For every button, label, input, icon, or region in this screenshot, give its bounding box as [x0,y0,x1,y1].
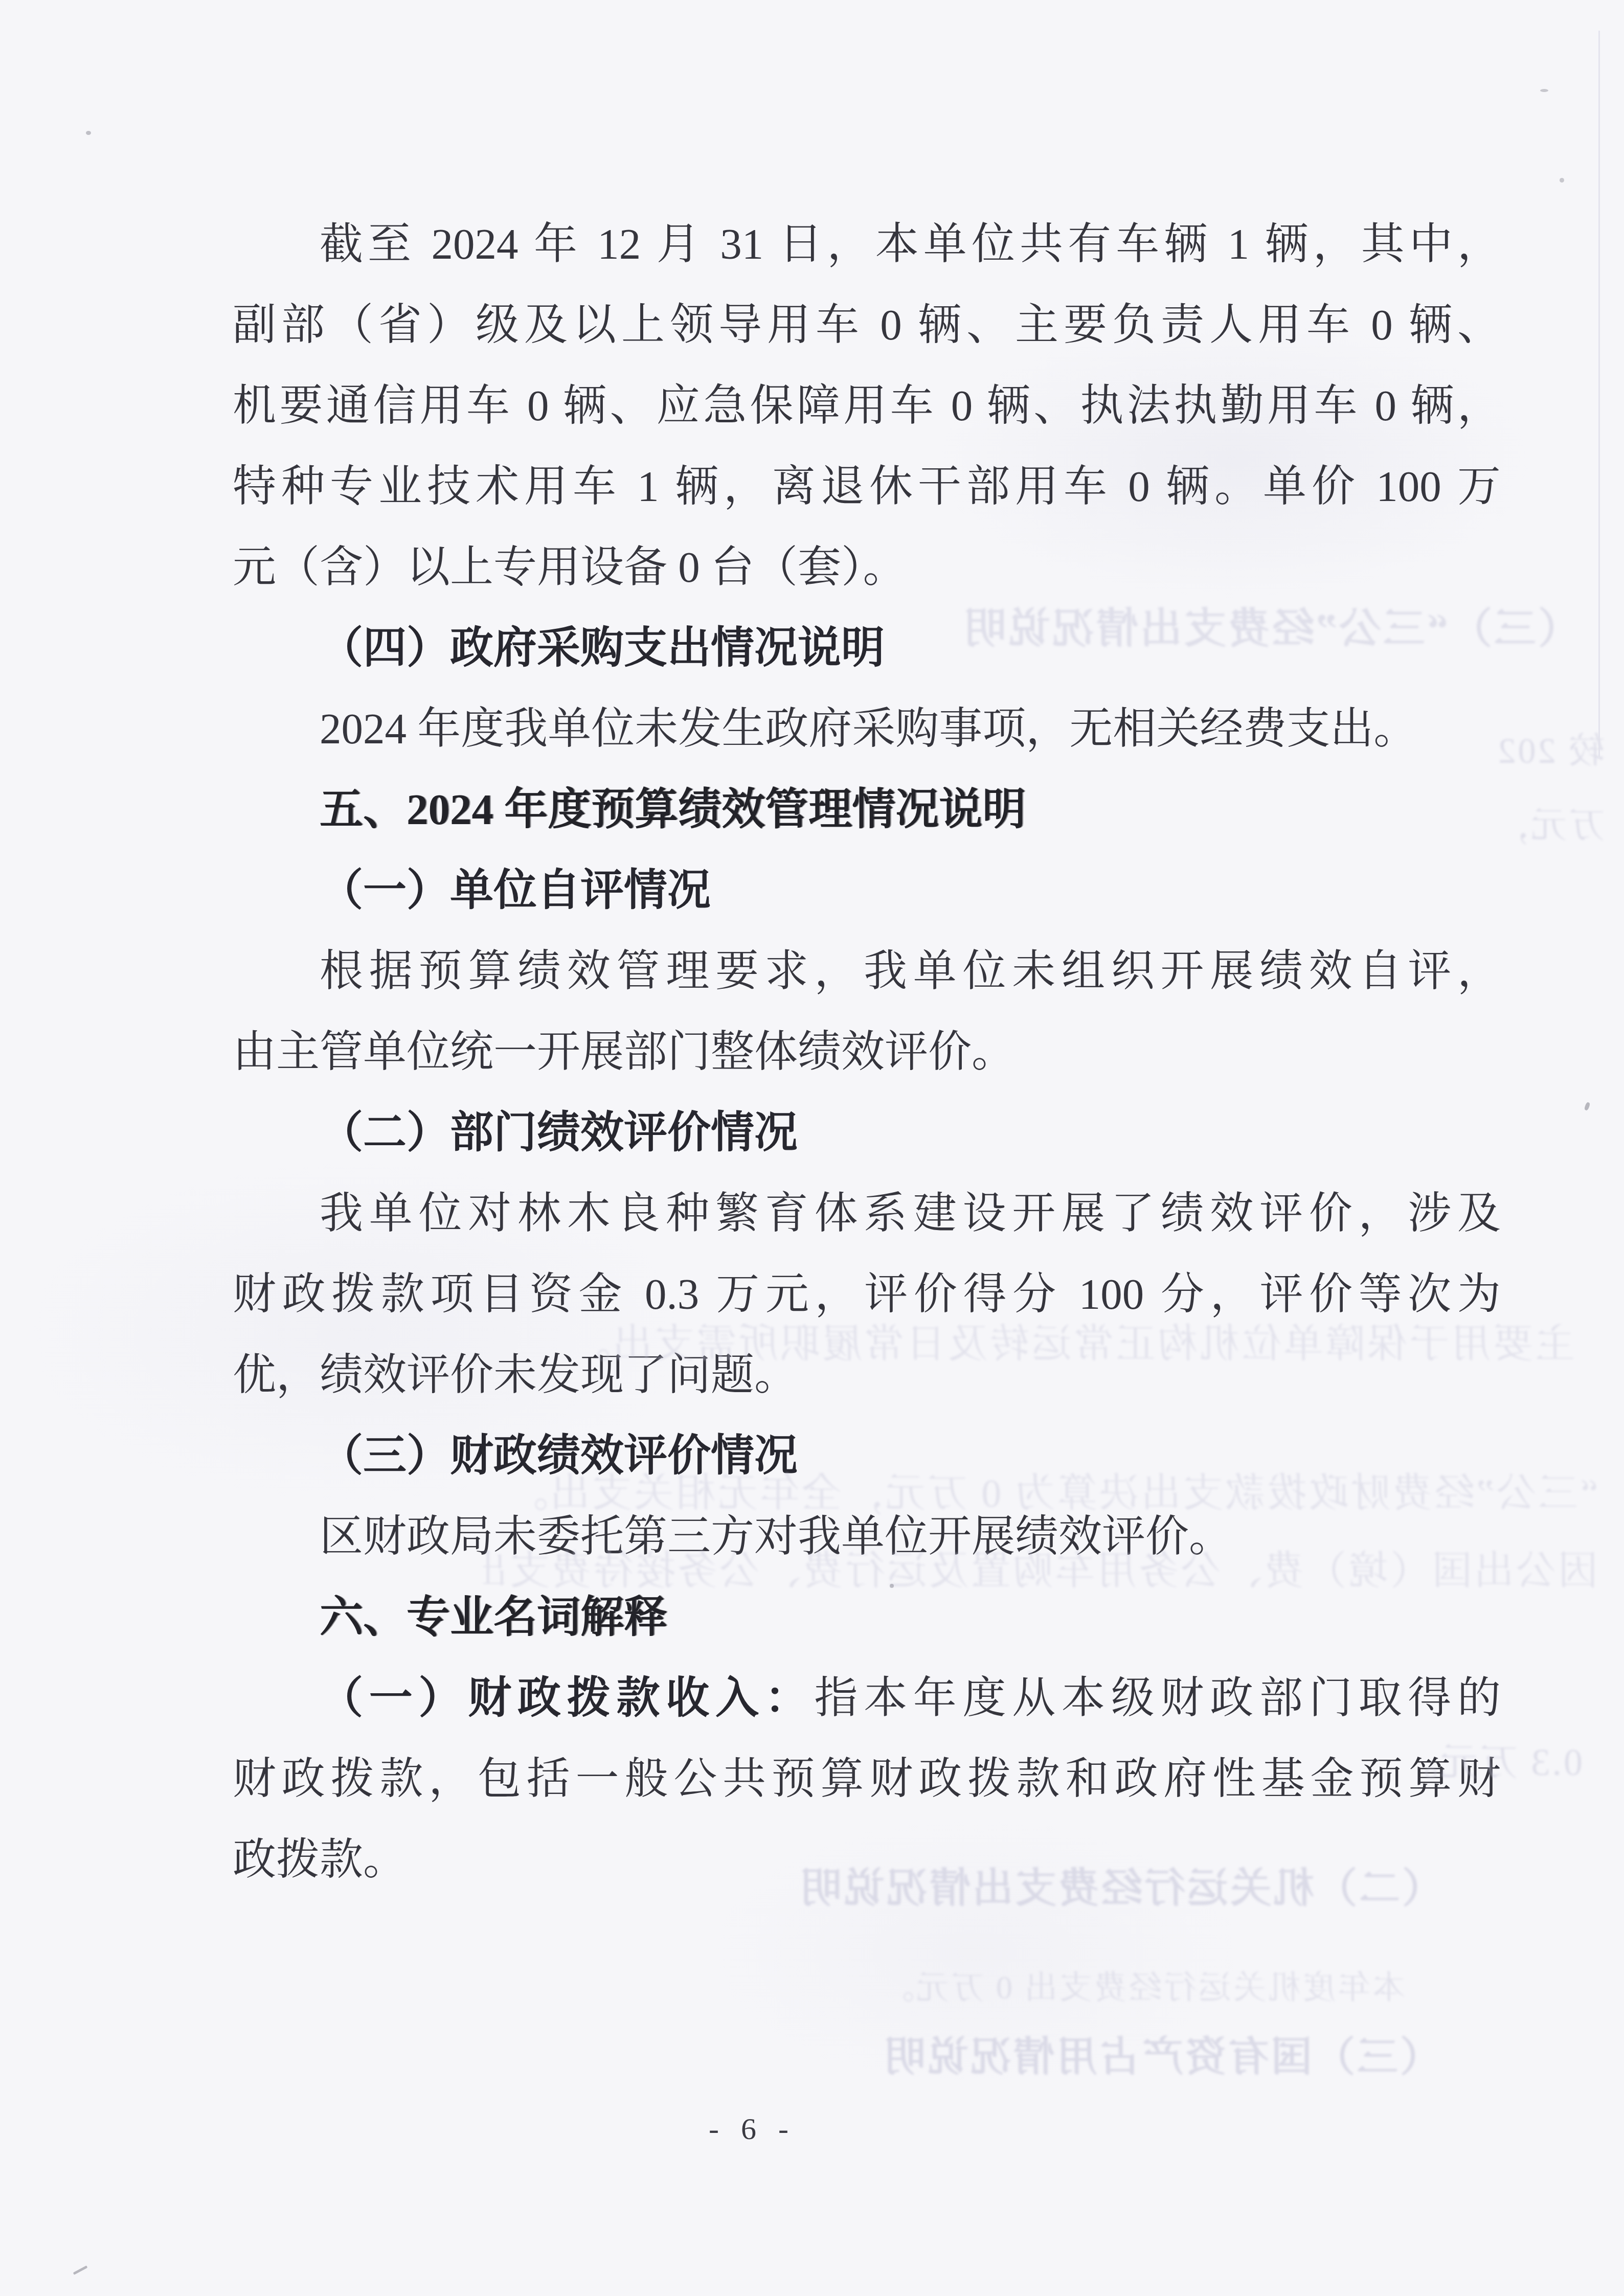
bleedthrough-text: （三）国有资产占用情况说明 [730,2024,1441,2082]
bleedthrough-text: 主要用于保障单位机构正常运转及日常履职所需支出。 [578,1312,1575,1369]
text-line: 副部（省）级及以上领导用车 0 辆、主要负责人用车 0 辆、 [233,285,1501,366]
heading-department-evaluation: （二）部门绩效评价情况 [233,1093,1501,1173]
scan-speck [890,1584,894,1588]
paragraph-self-evaluation: 根据预算绩效管理要求，我单位未组织开展绩效自评， 由主管单位统一开展部门整体绩效… [233,931,1501,1093]
document-body: 截至 2024 年 12 月 31 日，本单位共有车辆 1 辆，其中， 副部（省… [233,204,1501,1900]
glossary-definition: 指本年度从本级财政部门取得的 [814,1674,1501,1722]
text-line: 机要通信用车 0 辆、应急保障用车 0 辆、执法执勤用车 0 辆， [233,366,1501,446]
text-line: 我单位对林木良种繁育体系建设开展了绩效评价，涉及 [233,1173,1501,1254]
heading-section-5-performance-management: 五、2024 年度预算绩效管理情况说明 [233,769,1501,850]
paragraph-vehicle-summary: 截至 2024 年 12 月 31 日，本单位共有车辆 1 辆，其中， 副部（省… [233,204,1501,608]
bleedthrough-text: 万元，其中 [1497,797,1605,848]
paragraph-department-evaluation: 我单位对林木良种繁育体系建设开展了绩效评价，涉及 财政拨款项目资金 0.3 万元… [233,1173,1501,1416]
bleedthrough-text: （二）机关运行经费支出情况说明 [702,1855,1443,1914]
text-line: 截至 2024 年 12 月 31 日，本单位共有车辆 1 辆，其中， [233,204,1501,285]
page-number: - 6 - [709,2111,842,2147]
scan-speck [86,131,91,135]
scan-speck [1560,178,1564,183]
bleedthrough-text: 0.3 万元。 [1255,1732,1583,1786]
text-line: 根据预算绩效管理要求，我单位未组织开展绩效自评， [233,931,1501,1012]
glossary-term: （一）财政拨款收入： [320,1674,814,1722]
bleedthrough-text: “三公”经费财政拨款支出决算为 0 万元，全年无相关支出。 [483,1461,1598,1518]
text-line: 特种专业技术用车 1 辆，离退休干部用车 0 辆。单价 100 万 [233,446,1501,527]
scan-speck [1584,1102,1591,1111]
scan-edge-line [1598,31,1600,757]
heading-self-evaluation: （一）单位自评情况 [233,850,1501,931]
text-line: （一）财政拨款收入：指本年度从本级财政部门取得的 [233,1658,1501,1739]
bleedthrough-text: 较 2023 年 [1497,722,1605,774]
text-line: 由主管单位统一开展部门整体绩效评价。 [233,1012,1501,1093]
bleedthrough-text: （三）“三公”经费支出情况说明 [946,595,1580,655]
scan-speck [1540,89,1548,92]
scanned-document-page: 截至 2024 年 12 月 31 日，本单位共有车辆 1 辆，其中， 副部（省… [0,0,1624,2296]
bleedthrough-text: 因公出国（境）费、公务用车购置及运行费、公务接待费支出。 [483,1539,1598,1596]
scan-speck [73,2265,88,2275]
bleedthrough-text: 本年度机关运行经费支出 0 万元。 [771,1961,1405,2008]
paragraph-gov-procurement: 2024 年度我单位未发生政府采购事项，无相关经费支出。 [233,689,1501,769]
